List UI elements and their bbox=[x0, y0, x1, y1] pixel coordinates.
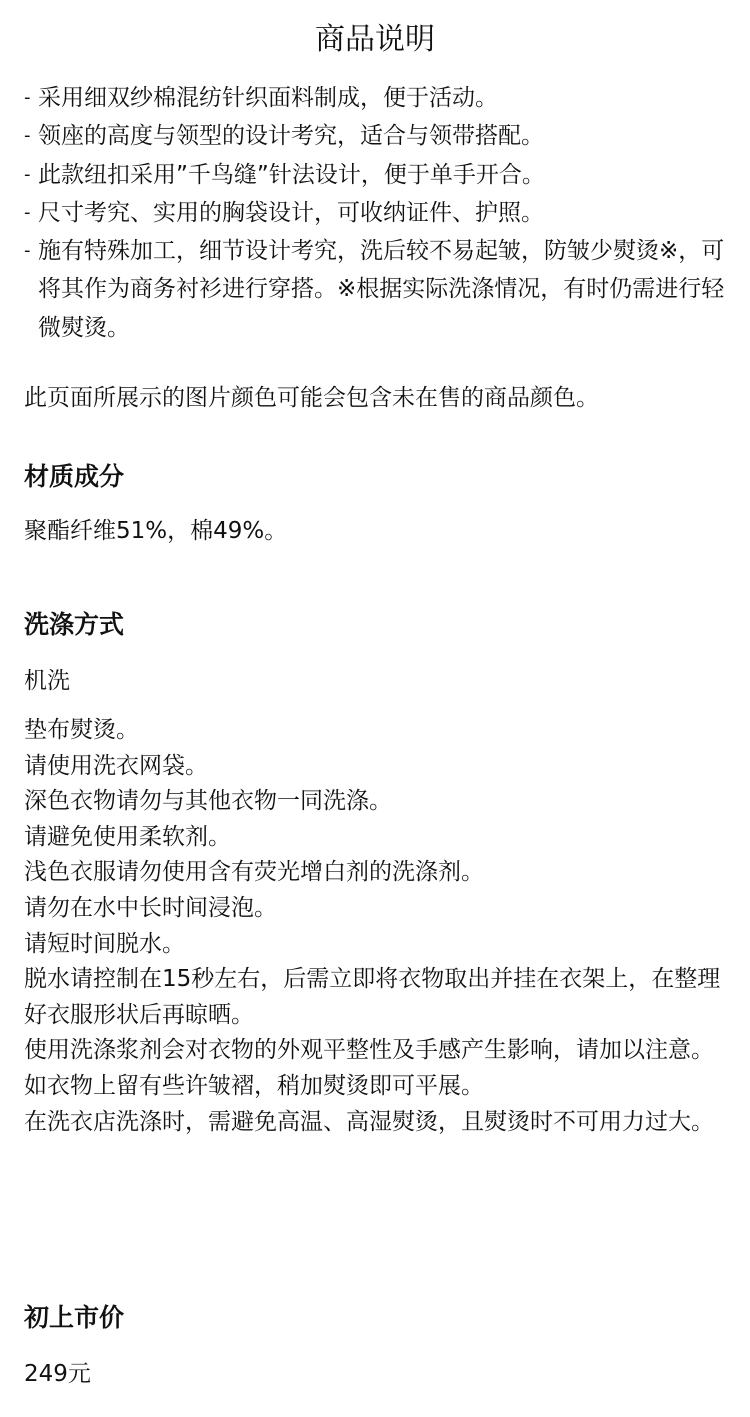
care-item: 脱水请控制在15秒左右，后需立即将衣物取出并挂在衣架上，在整理好衣服形状后再晾晒… bbox=[24, 962, 730, 1033]
bullet-marker: - bbox=[24, 232, 31, 270]
care-item: 请短时间脱水。 bbox=[24, 927, 730, 963]
feature-item: -采用细双纱棉混纺针织面料制成，便于活动。 bbox=[24, 79, 730, 117]
care-item: 在洗衣店洗涤时，需避免高温、高湿熨烫，且熨烫时不可用力过大。 bbox=[24, 1105, 730, 1141]
color-disclaimer: 此页面所展示的图片颜色可能会包含未在售的商品颜色。 bbox=[24, 380, 599, 416]
bullet-marker: - bbox=[24, 156, 31, 194]
feature-list: -采用细双纱棉混纺针织面料制成，便于活动。 -领座的高度与领型的设计考究，适合与… bbox=[24, 79, 730, 347]
page-title: 商品说明 bbox=[0, 18, 750, 62]
care-item: 深色衣物请勿与其他衣物一同洗涤。 bbox=[24, 784, 730, 820]
care-item: 请使用洗衣网袋。 bbox=[24, 749, 730, 785]
price-heading: 初上市价 bbox=[24, 1300, 124, 1336]
care-item: 请勿在水中长时间浸泡。 bbox=[24, 891, 730, 927]
care-item: 浅色衣服请勿使用含有荧光增白剂的洗涤剂。 bbox=[24, 855, 730, 891]
bullet-marker: - bbox=[24, 79, 31, 117]
care-item: 请避免使用柔软剂。 bbox=[24, 820, 730, 856]
care-item: 如衣物上留有些许皱褶，稍加熨烫即可平展。 bbox=[24, 1069, 730, 1105]
washing-method: 机洗 bbox=[24, 663, 730, 699]
material-heading: 材质成分 bbox=[24, 459, 124, 495]
feature-item: -施有特殊加工，细节设计考究，洗后较不易起皱，防皱少熨烫※，可将其作为商务衬衫进… bbox=[24, 232, 730, 347]
material-value: 聚酯纤维51%，棉49%。 bbox=[24, 513, 730, 549]
feature-item: -领座的高度与领型的设计考究，适合与领带搭配。 bbox=[24, 117, 730, 155]
feature-item: -此款纽扣采用”千鸟缝”针法设计，便于单手开合。 bbox=[24, 156, 730, 194]
feature-item: -尺寸考究、实用的胸袋设计，可收纳证件、护照。 bbox=[24, 194, 730, 232]
care-item: 使用洗涤浆剂会对衣物的外观平整性及手感产生影响，请加以注意。 bbox=[24, 1033, 730, 1069]
price-value: 249元 bbox=[24, 1356, 730, 1392]
bullet-marker: - bbox=[24, 117, 31, 155]
care-instructions: 垫布熨烫。 请使用洗衣网袋。 深色衣物请勿与其他衣物一同洗涤。 请避免使用柔软剂… bbox=[24, 713, 730, 1140]
bullet-marker: - bbox=[24, 194, 31, 232]
washing-heading: 洗涤方式 bbox=[24, 607, 124, 643]
care-item: 垫布熨烫。 bbox=[24, 713, 730, 749]
